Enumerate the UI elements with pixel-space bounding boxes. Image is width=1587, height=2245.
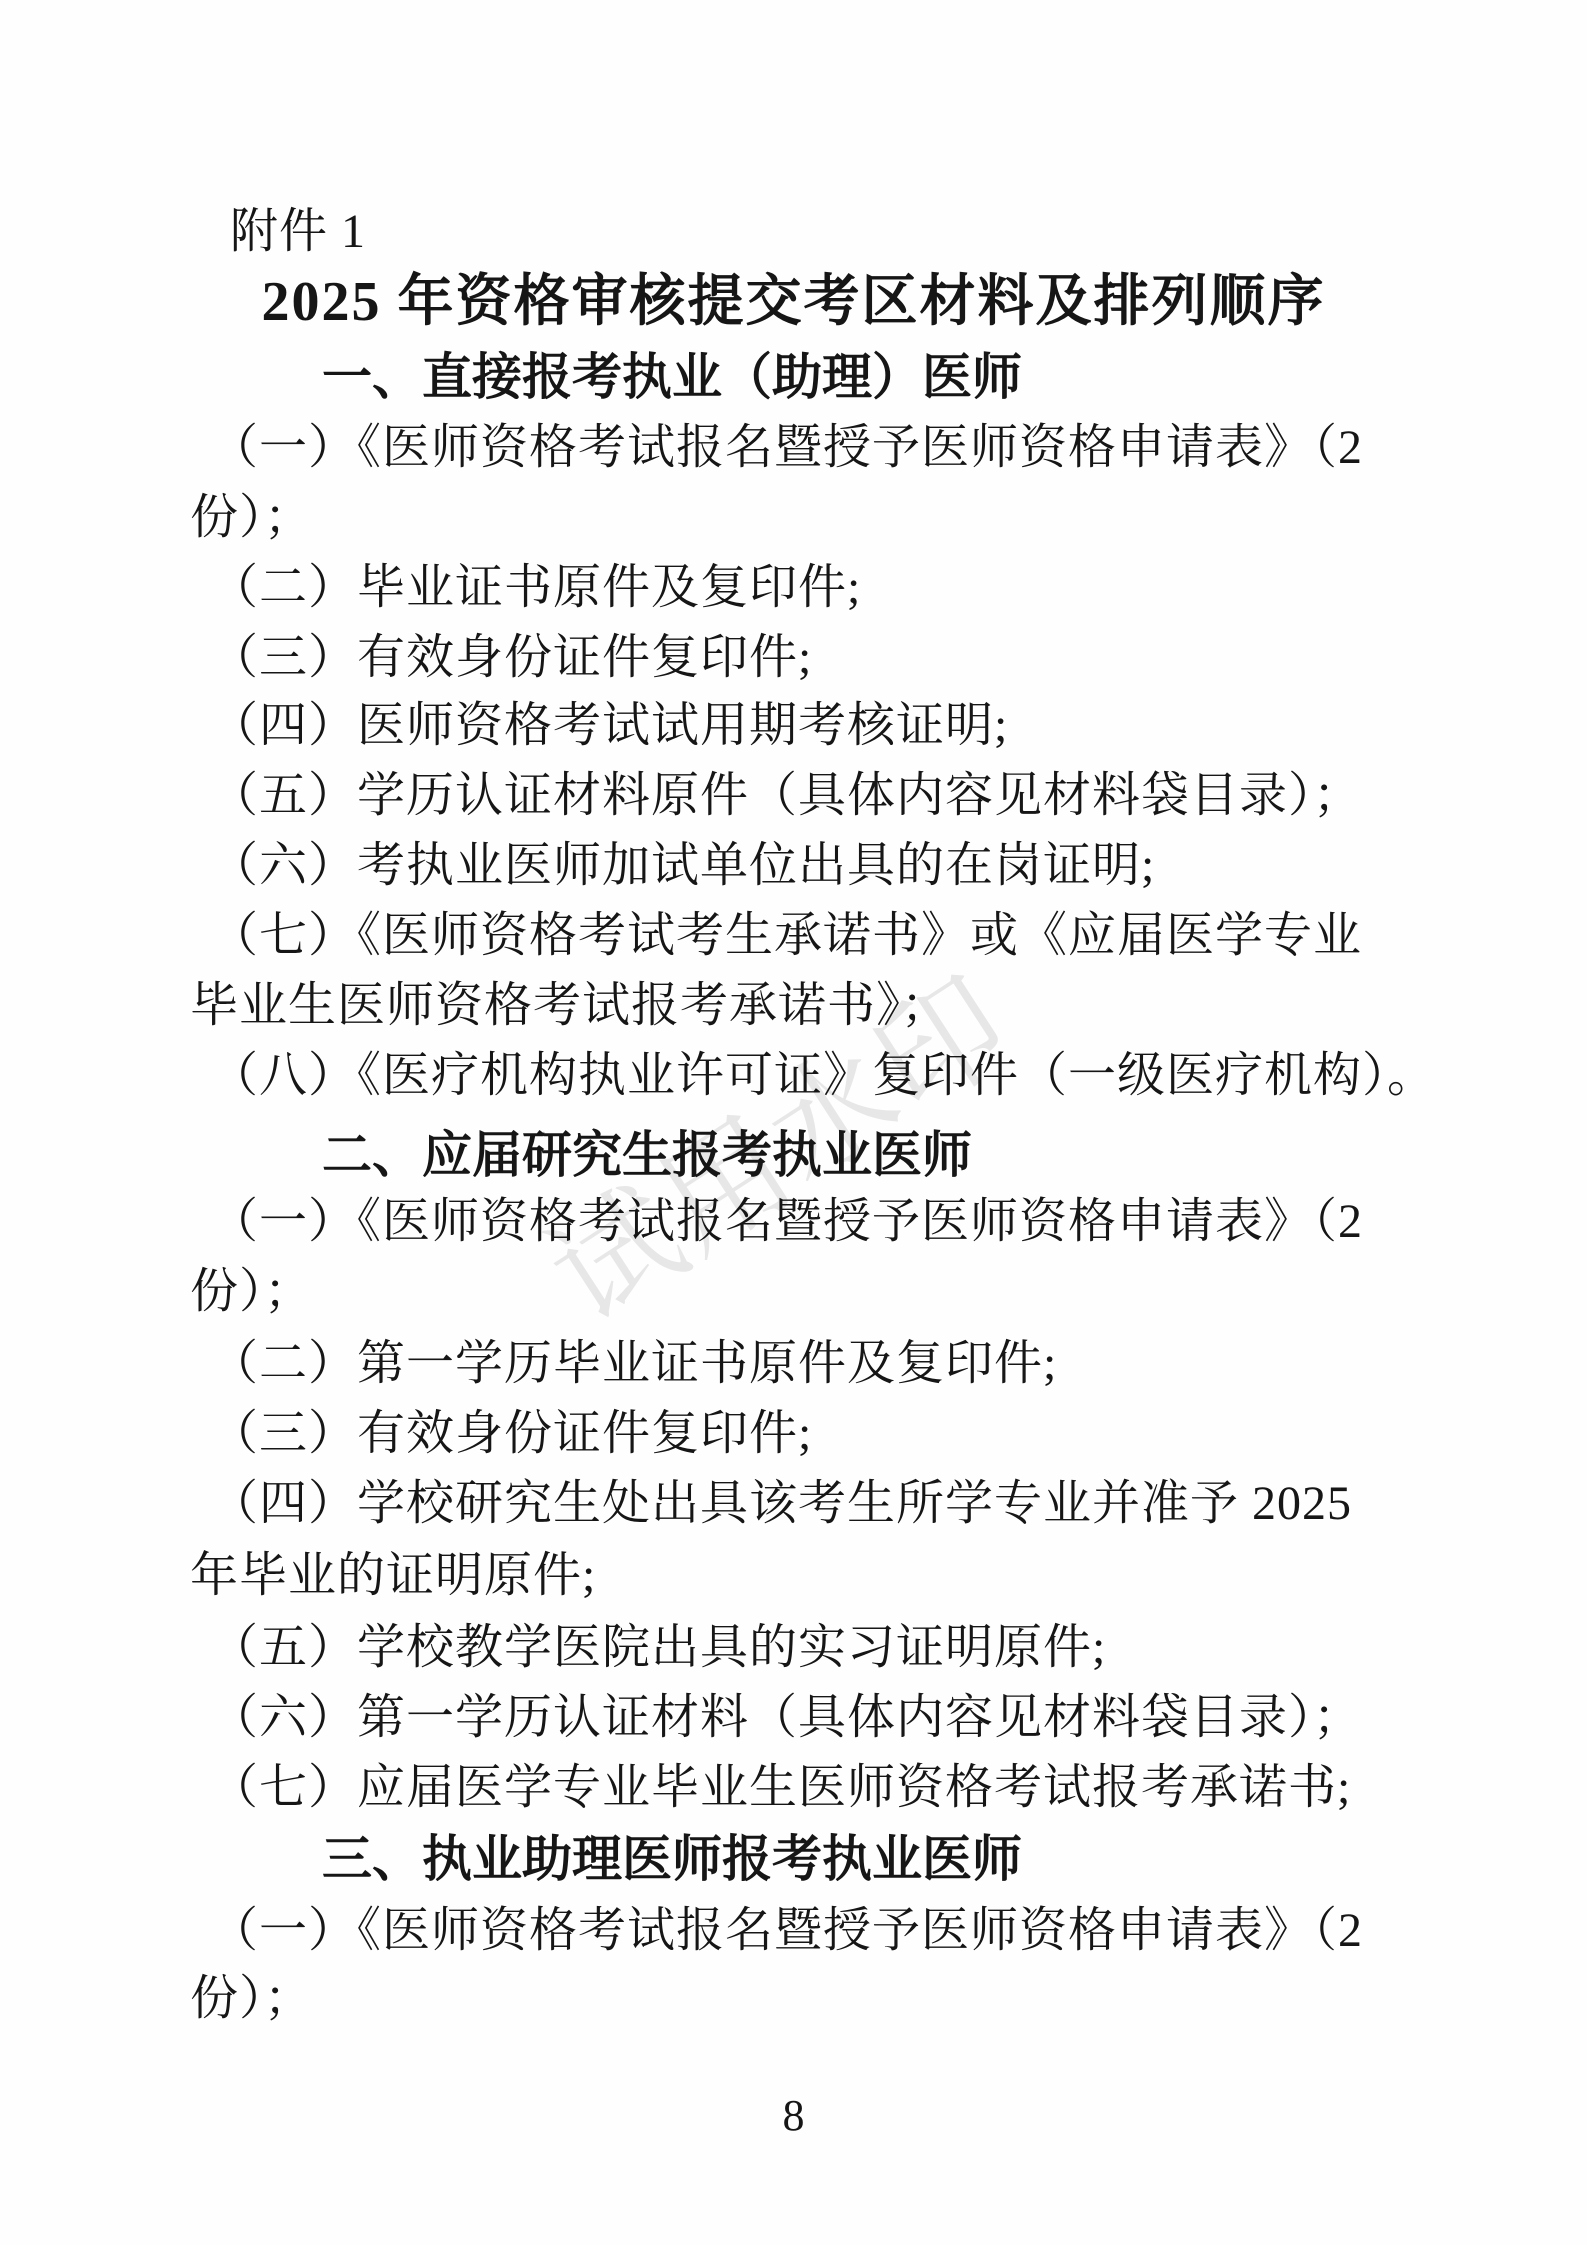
list-item-line: （五）学校教学医院出具的实习证明原件; bbox=[210, 1624, 1106, 1672]
document-page: 试用水印 附件 1 2025 年资格审核提交考区材料及排列顺序 一、直接报考执业… bbox=[0, 0, 1587, 2245]
continuation-line: 年毕业的证明原件; bbox=[190, 1552, 596, 1600]
list-item-line: （三）有效身份证件复印件; bbox=[210, 1410, 812, 1458]
list-item-line: （六）考执业医师加试单位出具的在岗证明; bbox=[210, 842, 1155, 890]
continuation-line: 份）； bbox=[190, 1975, 313, 2023]
list-item-line: （七）《医师资格考试考生承诺书》或《应届医学专业 bbox=[210, 912, 1362, 960]
section-heading: 三、执业助理医师报考执业医师 bbox=[322, 1834, 1022, 1884]
attachment-label: 附件 1 bbox=[230, 208, 366, 256]
continuation-line: 份）； bbox=[190, 1268, 313, 1316]
continuation-line: 份）； bbox=[190, 494, 313, 542]
list-item-line: （五）学历认证材料原件（具体内容见材料袋目录）； bbox=[210, 772, 1362, 820]
list-item-line: （二）第一学历毕业证书原件及复印件; bbox=[210, 1340, 1057, 1388]
list-item-line: （三）有效身份证件复印件; bbox=[210, 634, 812, 682]
list-item-line: （四）医师资格考试试用期考核证明; bbox=[210, 702, 1008, 750]
list-item-line: （二）毕业证书原件及复印件; bbox=[210, 564, 861, 612]
section-heading: 一、直接报考执业（助理）医师 bbox=[322, 352, 1022, 402]
continuation-line: 毕业生医师资格考试报考承诺书》； bbox=[190, 982, 950, 1030]
list-item-line: （六）第一学历认证材料（具体内容见材料袋目录）； bbox=[210, 1694, 1362, 1742]
list-item-line: （一）《医师资格考试报名暨授予医师资格申请表》（2 bbox=[210, 424, 1363, 472]
page-number: 8 bbox=[0, 2094, 1587, 2138]
section-heading: 二、应届研究生报考执业医师 bbox=[322, 1130, 972, 1180]
list-item-line: （七）应届医学专业毕业生医师资格考试报考承诺书; bbox=[210, 1764, 1351, 1812]
list-item-line: （一）《医师资格考试报名暨授予医师资格申请表》（2 bbox=[210, 1198, 1363, 1246]
list-item-line: （八）《医疗机构执业许可证》复印件（一级医疗机构）。 bbox=[210, 1052, 1436, 1100]
list-item-line: （四）学校研究生处出具该考生所学专业并准予 2025 bbox=[210, 1480, 1352, 1528]
list-item-line: （一）《医师资格考试报名暨授予医师资格申请表》（2 bbox=[210, 1907, 1363, 1955]
page-title: 2025 年资格审核提交考区材料及排列顺序 bbox=[0, 274, 1587, 330]
